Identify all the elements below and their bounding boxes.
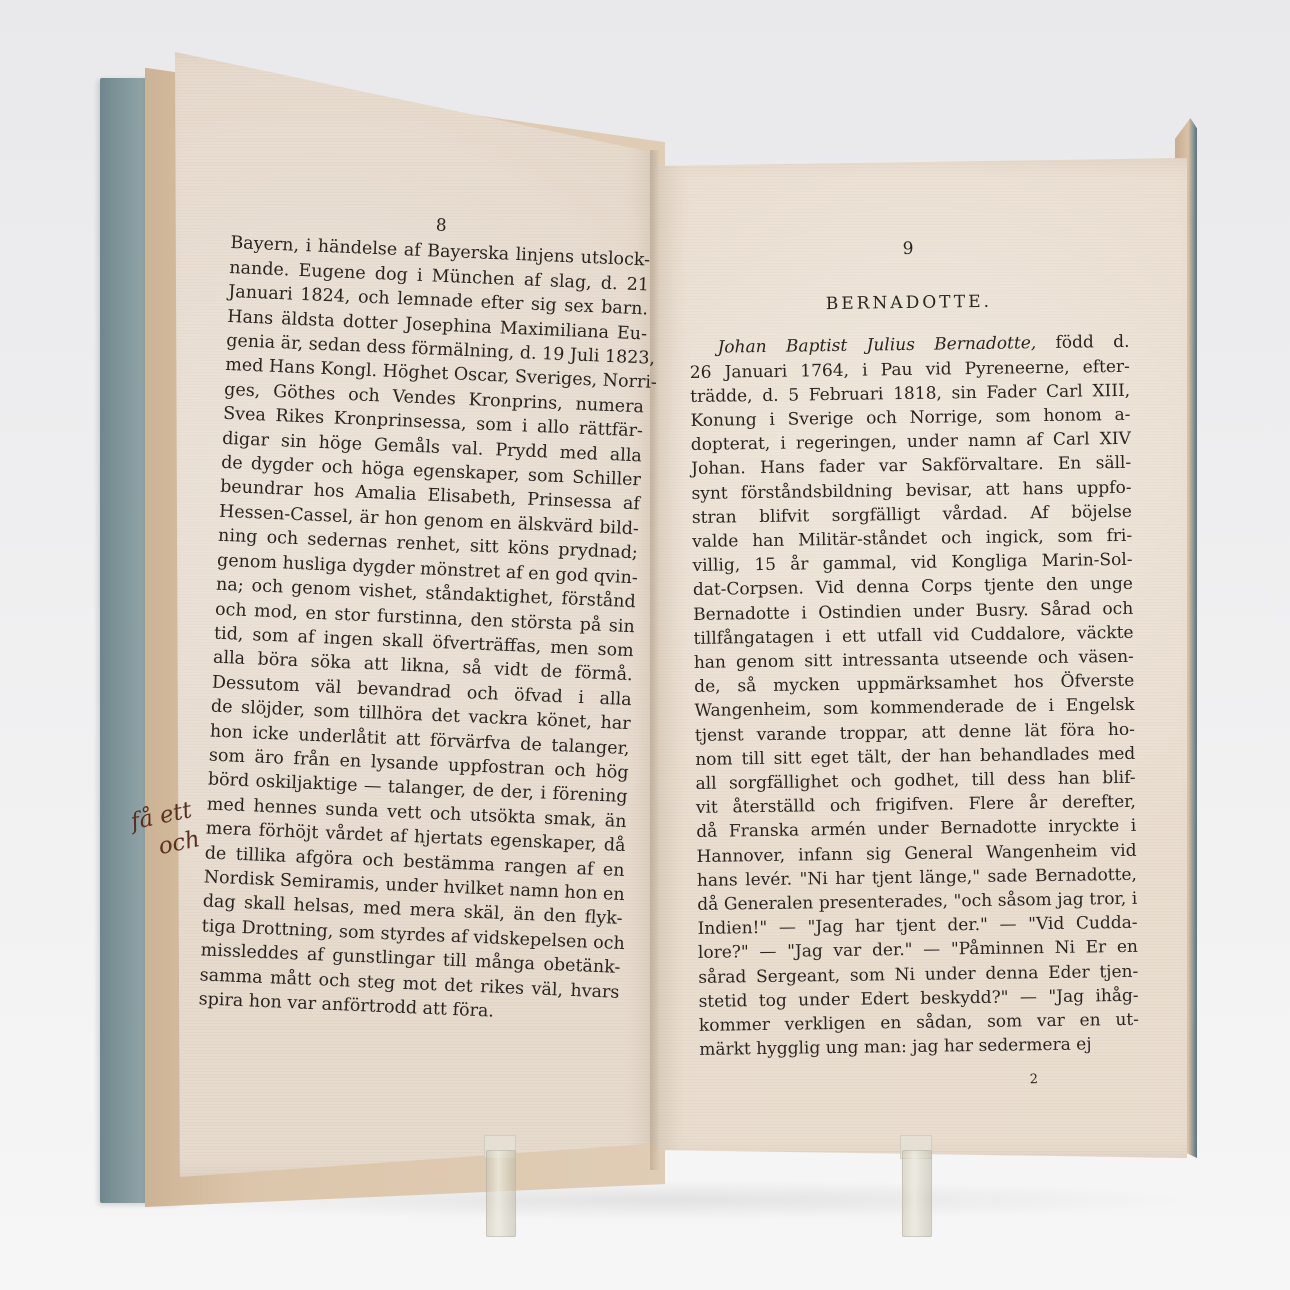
book-photo: 8 Bayern, i händelse af Bayerska linjens…: [0, 0, 1290, 1290]
text-line: märkt hygglig ung man: jag har sedermera…: [699, 1032, 1139, 1062]
right-page-number: 9: [688, 234, 1128, 264]
stand-leg-left: [486, 1150, 516, 1237]
first-line-rest: född d.: [1036, 332, 1130, 353]
chapter-heading: BERNADOTTE.: [689, 288, 1129, 318]
right-page-text: 9 BERNADOTTE. Johan Baptist Julius Berna…: [688, 234, 1140, 1097]
book-gutter: [650, 150, 660, 1170]
stand-leg-right: [902, 1150, 932, 1237]
name-italic: Johan Baptist Julius Bernadotte,: [717, 334, 1036, 358]
left-page-text: 8 Bayern, i händelse af Bayerska linjens…: [198, 205, 651, 1029]
